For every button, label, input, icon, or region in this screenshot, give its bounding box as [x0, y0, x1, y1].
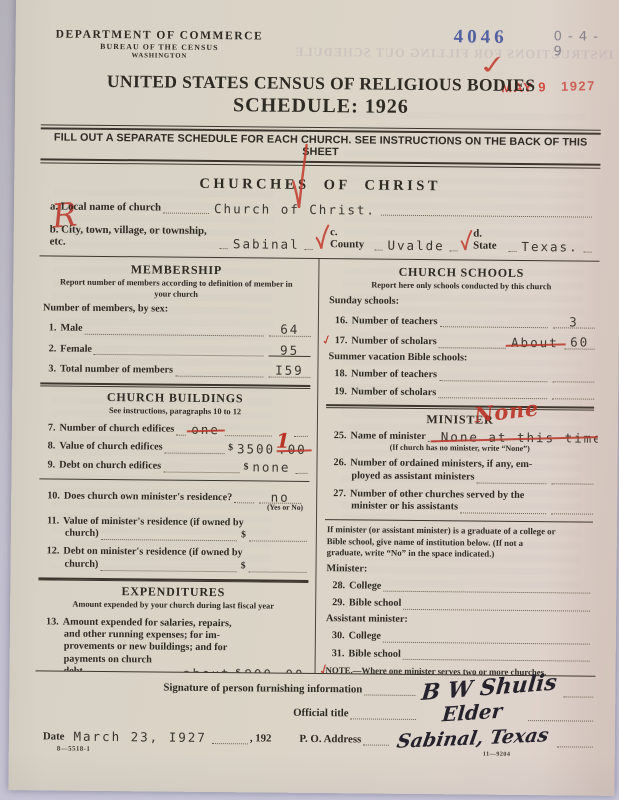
question-label: Female	[60, 343, 92, 355]
section-divider	[326, 404, 594, 410]
church-schools-heading: CHURCH SCHOOLS	[327, 264, 595, 282]
dotted-leader	[364, 691, 415, 695]
minister-sub-label: Minister:	[326, 563, 592, 577]
dotted-leader	[374, 247, 382, 251]
official-title-label: Official title	[293, 707, 349, 720]
question-label: College	[349, 630, 381, 642]
dotted-leader	[84, 330, 263, 336]
dotted-leader	[584, 249, 592, 253]
question-label: Name of minister	[350, 430, 425, 442]
question-label-cont: minister or his assistants	[351, 500, 458, 513]
edifice-value-amount: 3500	[234, 443, 278, 456]
church-schools-subtitle: Report here only schools conducted by th…	[341, 280, 581, 293]
dotted-leader	[305, 246, 313, 250]
office-city: WASHINGTON	[55, 51, 263, 60]
question-29-row: 29. Bible school	[332, 597, 592, 611]
section-divider	[325, 519, 593, 523]
question-label: Bible school	[348, 648, 400, 660]
question-10-row: 10. Does church own minister's residence…	[47, 487, 309, 504]
question-3-row: 3. Total number of members I59	[48, 361, 310, 378]
question-number: 25.	[334, 430, 347, 442]
question-label: Number of church edifices	[59, 422, 174, 435]
dollar-sign: $	[241, 561, 246, 572]
question-2-row: 2. Female 95	[49, 340, 311, 357]
red-checkmark-icon	[291, 142, 312, 212]
date-label: Date	[43, 730, 65, 742]
church-buildings-heading: CHURCH BUILDINGS	[40, 389, 310, 407]
dotted-leader	[225, 432, 272, 436]
question-number: 1.	[49, 322, 57, 334]
section-divider	[38, 577, 308, 583]
local-name-label: a. Local name of church	[50, 200, 161, 213]
dollar-sign: $	[236, 668, 241, 677]
question-label: Number of teachers	[352, 315, 438, 328]
question-17-row: ✓ 17. Number of scholars About 60	[335, 332, 595, 349]
question-28-row: 28. College	[332, 580, 592, 594]
state-label: d. State	[473, 228, 507, 252]
answer-slot-empty	[551, 514, 593, 515]
red-checkmark-icon: ✓	[316, 662, 332, 677]
form-columns: MEMBERSHIP Report number of members acco…	[36, 255, 600, 676]
female-count-value: 95	[277, 342, 302, 357]
dotted-leader	[363, 741, 389, 745]
dotted-leader	[249, 538, 307, 543]
minister-heading: MINISTER None	[326, 411, 594, 429]
question-label-cont: ployed as assistant ministers	[351, 470, 474, 483]
question-number: 11.	[47, 515, 59, 527]
sunday-scholars-value: 60	[567, 335, 592, 350]
local-name-line: a. Local name of church Church of Christ…	[50, 200, 594, 218]
dotted-leader	[176, 431, 186, 435]
state-value: Texas.	[518, 240, 581, 253]
date-and-address-line: Date March 23, I927 , 192 P. O. Address …	[43, 729, 595, 747]
dollar-sign: $	[228, 443, 233, 454]
question-16-row: 16. Number of teachers 3	[335, 312, 595, 329]
dotted-leader	[220, 245, 228, 249]
dotted-leader	[381, 212, 592, 218]
dotted-leader	[403, 606, 590, 612]
county-label: c. County	[330, 226, 373, 250]
form-content: DEPARTMENT OF COMMERCE BUREAU OF THE CEN…	[8, 0, 619, 796]
question-number: 26.	[333, 458, 346, 470]
dotted-leader	[212, 740, 248, 744]
dotted-leader	[248, 568, 306, 573]
total-members-value: I59	[272, 363, 307, 378]
question-number: 10.	[47, 490, 60, 502]
question-label: College	[349, 580, 381, 592]
minister-name-typed: None at this time	[438, 431, 600, 445]
question-label: Total number of members	[60, 364, 173, 377]
dotted-leader	[295, 469, 307, 473]
question-label: Number of teachers	[351, 368, 437, 381]
dotted-leader	[351, 715, 416, 720]
question-number: 28.	[332, 580, 345, 592]
question-label: Value of church edifices	[59, 441, 162, 454]
dotted-leader	[439, 323, 547, 328]
footer-section: Signature of person furnishing informati…	[35, 680, 596, 747]
dotted-leader	[439, 344, 506, 349]
section-divider	[40, 383, 310, 389]
form-number: 8—5518-1	[57, 745, 91, 753]
question-number: 31.	[332, 648, 345, 660]
paper-sheet: R ✓ MAY 91927 DEPARTMENT OF COMMERCE BUR…	[8, 0, 619, 796]
print-code: 11—9204	[483, 751, 511, 758]
question-label: Number of scholars	[351, 336, 436, 349]
dotted-leader	[170, 675, 178, 677]
dotted-leader	[175, 373, 263, 378]
dotted-leader	[460, 510, 546, 515]
church-buildings-subtitle: See instructions, paragraphs 10 to 12	[54, 405, 296, 418]
expenditures-heading: EXPENDITURES	[38, 584, 308, 602]
question-label-cont: church)	[65, 528, 99, 541]
approx-typed-word: About	[508, 337, 562, 350]
dotted-leader	[294, 432, 308, 436]
dotted-leader	[383, 638, 590, 644]
dotted-leader	[557, 743, 593, 747]
agency-block: DEPARTMENT OF COMMERCE BUREAU OF THE CEN…	[55, 28, 263, 60]
salaries-amount: 900	[241, 668, 276, 677]
instruction-banner-text: FILL OUT A SEPARATE SCHEDULE FOR EACH CH…	[40, 127, 600, 166]
city-label: b. City, town, village, or township, etc…	[50, 223, 219, 249]
po-address-handwriting: Sabinal, Texas	[396, 726, 551, 752]
question-label: Number of scholars	[351, 386, 436, 399]
question-number: 19.	[334, 386, 347, 398]
answer-slot-empty	[552, 399, 594, 400]
signature-label: Signature of person furnishing informati…	[163, 682, 362, 696]
form-header: DEPARTMENT OF COMMERCE BUREAU OF THE CEN…	[41, 28, 601, 69]
county-value: Uvalde	[384, 239, 447, 252]
official-title-line: Official title Elder	[293, 707, 595, 722]
question-number: 9.	[47, 459, 55, 471]
question-11-row: 11.Value of minister's residence (if own…	[47, 515, 309, 542]
question-label: Bible school	[349, 598, 401, 610]
dotted-leader	[528, 717, 593, 722]
dotted-leader	[563, 693, 593, 697]
question-number: 3.	[48, 364, 56, 376]
answer-slot: 3	[553, 314, 595, 329]
scanned-census-form: R ✓ MAY 91927 DEPARTMENT OF COMMERCE BUR…	[0, 0, 619, 800]
graduate-instruction: If minister (or assistant minister) is a…	[327, 524, 591, 561]
question-31-row: 31. Bible school	[332, 648, 592, 662]
left-column: MEMBERSHIP Report number of members acco…	[36, 256, 320, 673]
right-column: CHURCH SCHOOLS Report here only schools …	[316, 259, 600, 676]
answer-slot: 60	[565, 335, 595, 350]
dotted-leader	[439, 377, 547, 382]
question-number: 12.	[47, 546, 60, 558]
dollar-sign: $	[244, 462, 249, 473]
official-title-handwriting: Elder	[441, 701, 503, 725]
question-number: 18.	[334, 368, 347, 380]
dotted-leader	[508, 248, 516, 252]
question-label-cont: payments on church debt	[63, 653, 168, 676]
question-number: 17.	[335, 335, 348, 347]
approx-typed-word: about	[180, 667, 234, 676]
dotted-leader	[163, 468, 240, 473]
expenditures-subtitle: Amount expended by your church during la…	[52, 600, 294, 613]
dotted-leader	[383, 588, 590, 594]
dotted-leader	[101, 536, 238, 541]
dollar-sign: $	[241, 530, 246, 541]
membership-heading: MEMBERSHIP	[41, 261, 311, 279]
question-25-row: 25. Name of minister None at this time	[334, 429, 594, 444]
printed-year-stub: , 192	[250, 732, 272, 744]
answer-slot: 64	[269, 322, 311, 337]
dotted-leader	[100, 567, 237, 572]
schedule-year-title: SCHEDULE: 1926	[41, 92, 601, 120]
denomination-heading: CHURCHES OF CHRIST	[40, 174, 600, 196]
male-count-value: 64	[277, 322, 302, 337]
red-handwritten-none: None	[473, 397, 540, 425]
answer-slot-empty	[552, 381, 594, 382]
department-name: DEPARTMENT OF COMMERCE	[56, 28, 264, 42]
assistant-minister-sub-label: Assistant minister:	[326, 613, 592, 627]
question-8-row: 8. Value of church edifices $ 3500.00	[48, 440, 310, 455]
bleed-through-heading: INSTRUCTIONS FOR FILLING OUT SCHEDULE	[253, 44, 613, 62]
membership-subtitle: Report number of members according to de…	[55, 277, 297, 300]
question-label: Does church own minister's residence?	[64, 490, 232, 503]
dotted-leader	[450, 247, 458, 251]
dotted-leader	[476, 479, 546, 484]
question-9-row: 9. Debt on church edifices $ none	[47, 459, 309, 474]
question-number: 27.	[333, 488, 346, 500]
instruction-banner: FILL OUT A SEPARATE SCHEDULE FOR EACH CH…	[40, 124, 600, 168]
question-26-row: 26.Number of ordained ministers, if any,…	[333, 458, 593, 485]
section-divider	[39, 478, 309, 482]
sunday-schools-label: Sunday schools:	[329, 295, 595, 309]
po-address-label: P. O. Address	[299, 732, 361, 745]
question-number: 16.	[335, 315, 348, 327]
question-18-row: 18. Number of teachers	[334, 368, 594, 382]
answer-slot: 95	[269, 342, 311, 357]
signature-line: Signature of person furnishing informati…	[163, 682, 595, 698]
question-13-row: 13.Amount expended for salaries, repairs…	[45, 616, 308, 676]
sunday-teachers-value: 3	[566, 314, 582, 329]
edifices-typed-value: one	[188, 424, 223, 437]
members-by-sex-label: Number of members, by sex:	[43, 302, 311, 316]
dotted-leader	[403, 656, 590, 662]
question-number: 29.	[332, 597, 345, 609]
salaries-cents: .00	[276, 668, 308, 676]
edifice-value-cents: .00	[278, 443, 310, 456]
dotted-leader	[234, 500, 254, 504]
question-7-row: 7. Number of church edifices one 1	[48, 422, 310, 437]
edifice-debt-value: none	[249, 462, 293, 475]
answer-slot-empty	[551, 483, 593, 484]
date-typed-value: March 23, I927	[70, 731, 209, 745]
city-county-state-line: b. City, town, village, or township, etc…	[50, 221, 594, 252]
question-number: 13.	[46, 616, 59, 628]
dotted-leader	[165, 450, 225, 455]
red-checkmark-icon	[315, 224, 331, 250]
owns-residence-value: no	[268, 489, 293, 504]
question-number: 8.	[48, 441, 56, 453]
dotted-leader	[94, 351, 264, 357]
graduate-instruction-line: graduate, write “No” in the space indica…	[327, 547, 591, 561]
question-number: 30.	[332, 630, 345, 642]
question-27-row: 27.Number of other churches served by th…	[333, 488, 593, 515]
question-label-cont: church)	[65, 558, 99, 571]
question-1-row: 1. Male 64	[49, 319, 311, 336]
question-19-row: 19. Number of scholars	[334, 386, 594, 400]
question-30-row: 30. College	[332, 630, 592, 644]
summer-schools-label: Summer vacation Bible schools:	[329, 351, 595, 365]
city-value: Sabinal	[230, 238, 303, 251]
dotted-leader	[163, 210, 209, 214]
red-checkmark-icon	[460, 229, 474, 251]
question-label: Male	[60, 323, 82, 335]
answer-slot: I59	[268, 363, 310, 378]
question-number: 2.	[49, 343, 57, 355]
answer-slot: no	[259, 489, 301, 504]
question-label: Debt on church edifices	[59, 459, 161, 472]
question-number: 7.	[48, 422, 56, 434]
red-checkmark-icon: ✓	[320, 333, 334, 349]
question-12-row: 12.Debt on minister's residence (if owne…	[47, 546, 309, 573]
